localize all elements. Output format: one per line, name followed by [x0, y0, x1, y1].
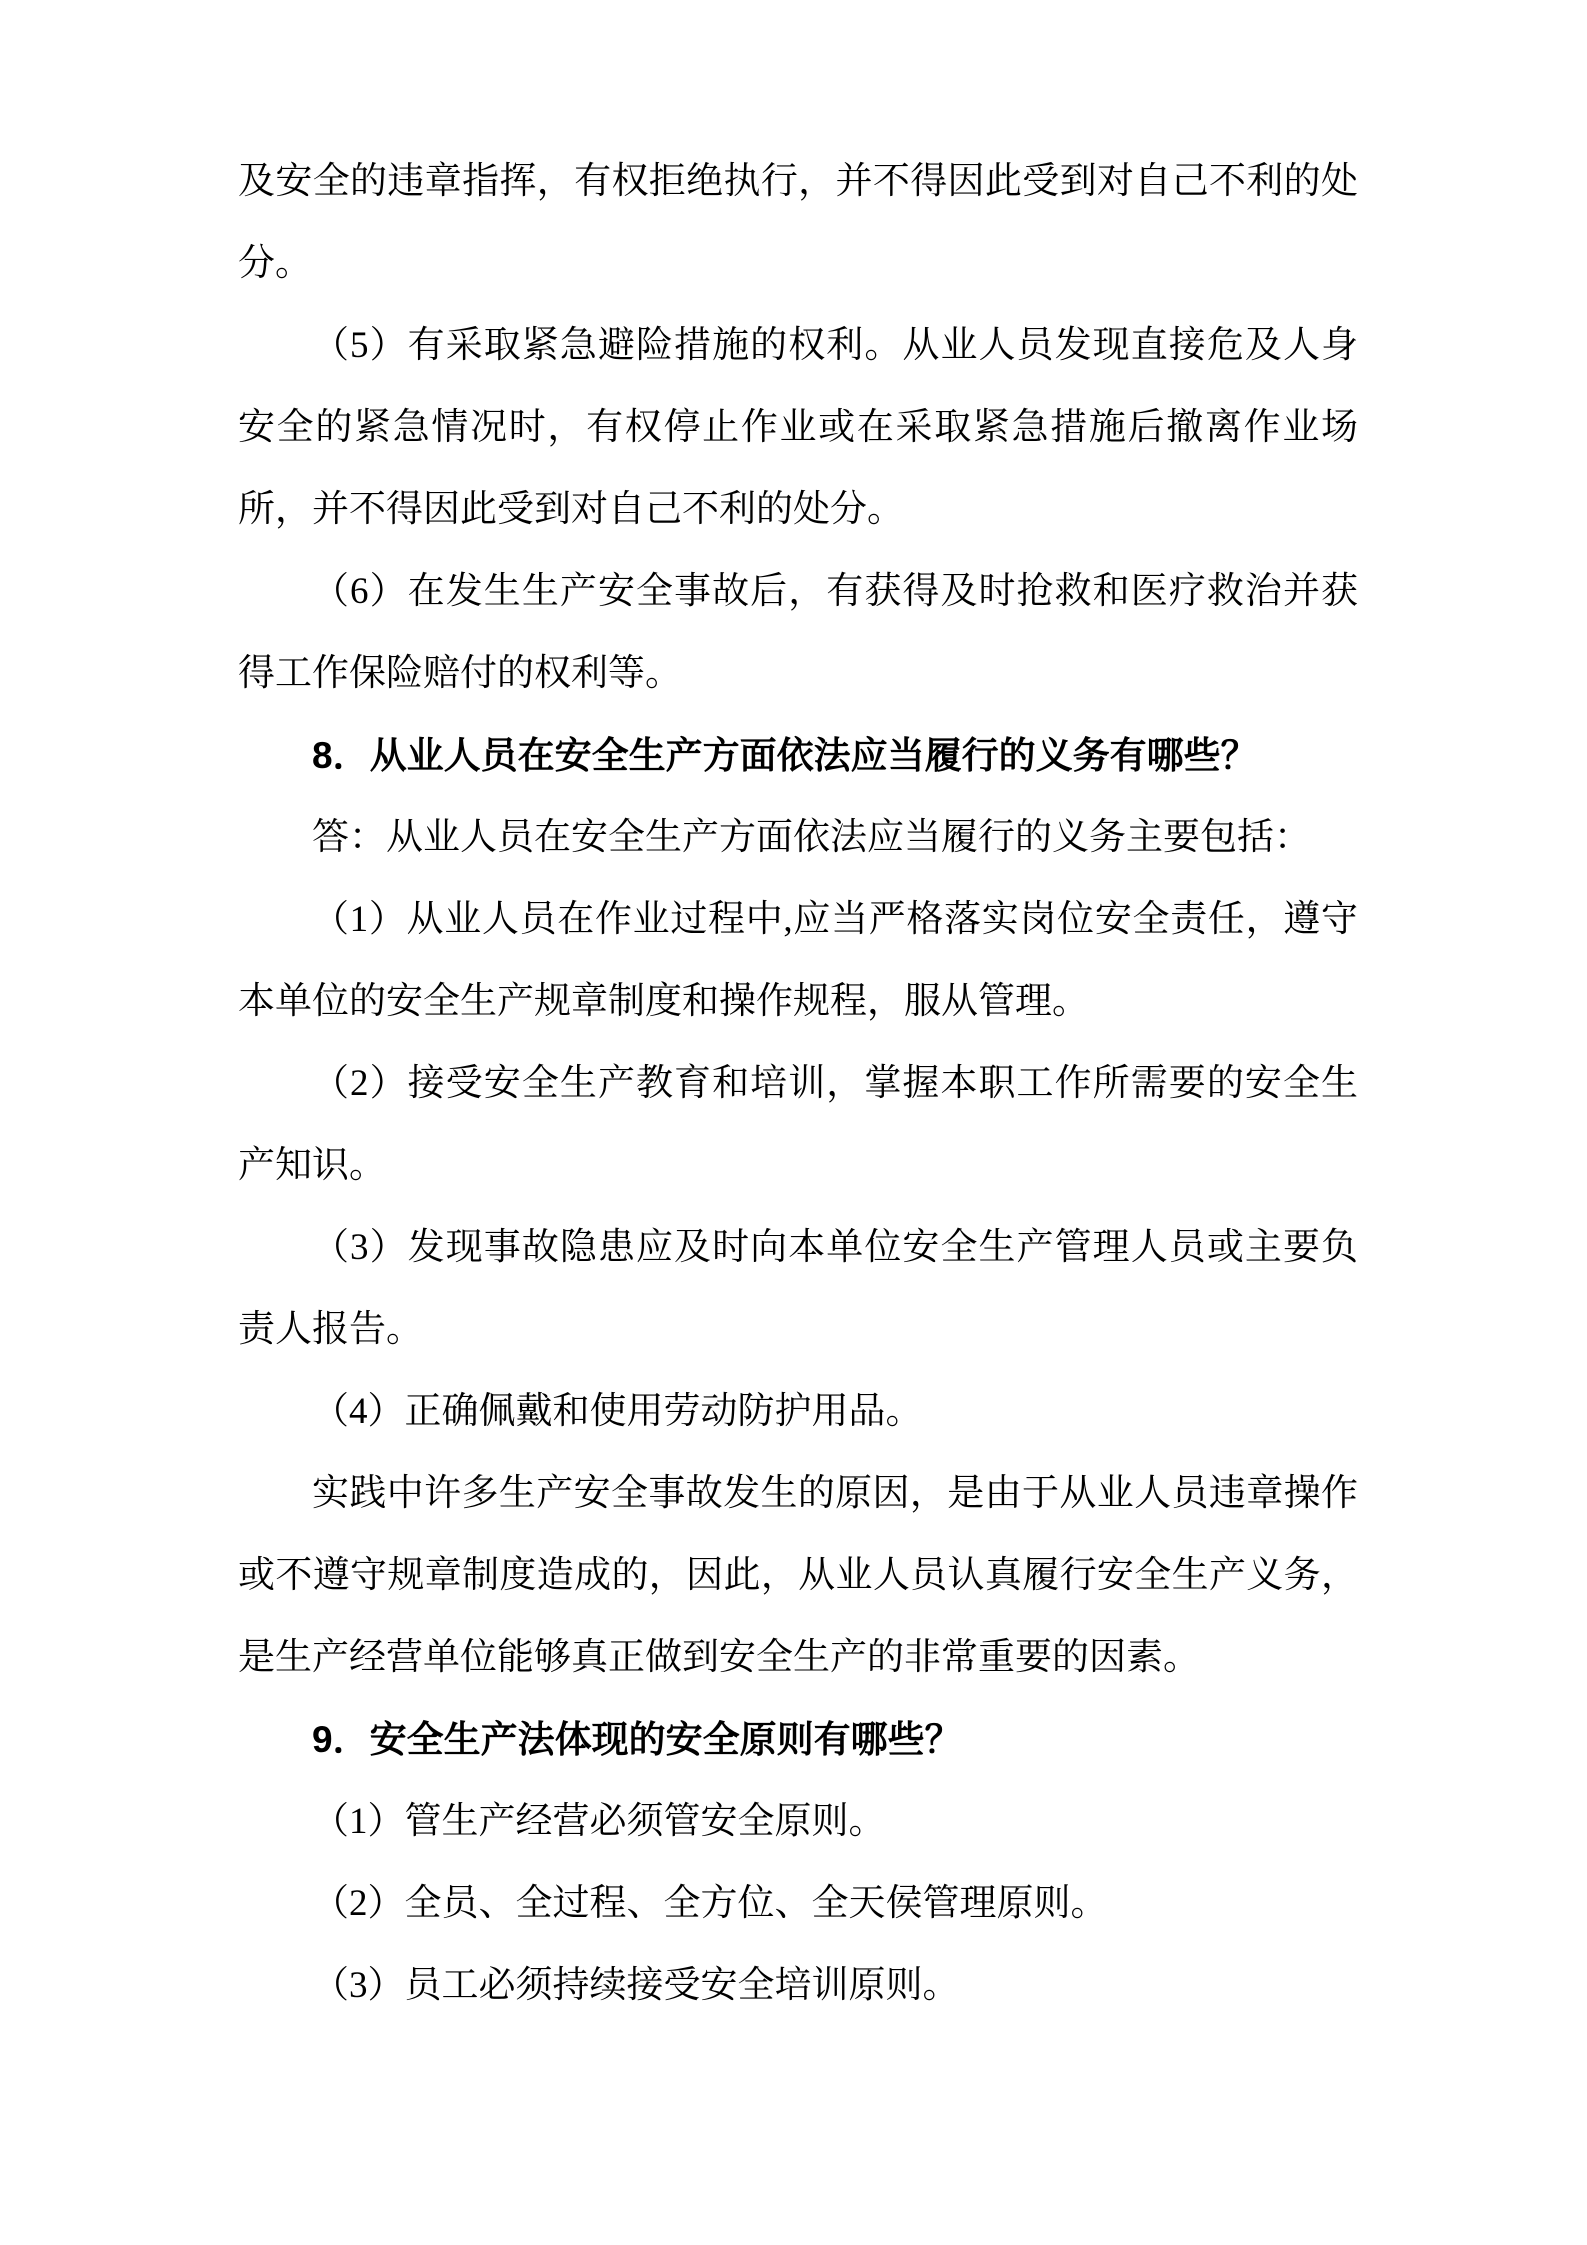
body-paragraph: （5）有采取紧急避险措施的权利。从业人员发现直接危及人身安全的紧急情况时，有权停… [238, 305, 1358, 551]
question-heading: 8．从业人员在安全生产方面依法应当履行的义务有哪些？ [238, 715, 1358, 797]
body-paragraph: 答：从业人员在安全生产方面依法应当履行的义务主要包括： [238, 797, 1358, 879]
body-paragraph: 实践中许多生产安全事故发生的原因，是由于从业人员违章操作或不遵守规章制度造成的，… [238, 1453, 1358, 1699]
document-body: 及安全的违章指挥，有权拒绝执行，并不得因此受到对自己不利的处分。（5）有采取紧急… [238, 141, 1358, 2027]
body-paragraph: （1）从业人员在作业过程中,应当严格落实岗位安全责任，遵守本单位的安全生产规章制… [238, 879, 1358, 1043]
body-paragraph: （3）员工必须持续接受安全培训原则。 [238, 1945, 1358, 2027]
body-paragraph: （1）管生产经营必须管安全原则。 [238, 1781, 1358, 1863]
body-paragraph: （6）在发生生产安全事故后，有获得及时抢救和医疗救治并获得工作保险赔付的权利等。 [238, 551, 1358, 715]
body-paragraph: （3）发现事故隐患应及时向本单位安全生产管理人员或主要负责人报告。 [238, 1207, 1358, 1371]
body-paragraph: （4）正确佩戴和使用劳动防护用品。 [238, 1371, 1358, 1453]
body-paragraph: 及安全的违章指挥，有权拒绝执行，并不得因此受到对自己不利的处分。 [238, 141, 1358, 305]
document-page: 及安全的违章指挥，有权拒绝执行，并不得因此受到对自己不利的处分。（5）有采取紧急… [0, 0, 1587, 2245]
question-heading: 9．安全生产法体现的安全原则有哪些？ [238, 1699, 1358, 1781]
body-paragraph: （2）接受安全生产教育和培训，掌握本职工作所需要的安全生产知识。 [238, 1043, 1358, 1207]
body-paragraph: （2）全员、全过程、全方位、全天侯管理原则。 [238, 1863, 1358, 1945]
